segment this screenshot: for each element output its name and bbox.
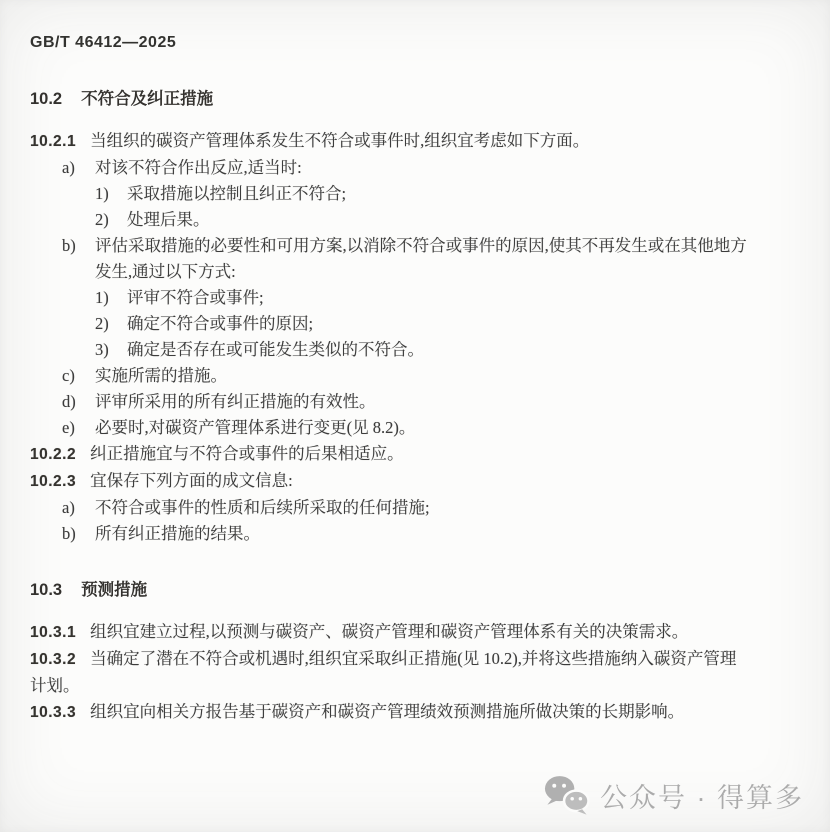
clause-text: 组织宜建立过程,以预测与碳资产、碳资产管理和碳资产管理体系有关的决策需求。	[90, 622, 688, 641]
watermark-text: 公众号 · 得算多	[600, 776, 804, 815]
wechat-icon	[543, 774, 590, 816]
list-item-d: d) 评审所采用的所有纠正措施的有效性。	[30, 389, 800, 415]
clause-number: 10.2.2	[30, 446, 76, 463]
clause-text: 当组织的碳资产管理体系发生不符合或事件时,组织宜考虑如下方面。	[90, 131, 589, 150]
list-item-c: c) 实施所需的措施。	[30, 363, 800, 389]
list-item-e: e) 必要时,对碳资产管理体系进行变更(见 8.2)。	[30, 415, 800, 441]
list-marker: b)	[62, 521, 95, 547]
list-marker: a)	[62, 155, 95, 181]
sublist-item-3: 3) 确定是否存在或可能发生类似的不符合。	[30, 337, 800, 363]
list-item-text: 评审不符合或事件;	[127, 285, 800, 311]
document-content: GB/T 46412—2025 10.2 不符合及纠正措施 10.2.1当组织的…	[30, 30, 800, 726]
list-item-text: 实施所需的措施。	[95, 363, 800, 389]
list-marker: 2)	[95, 207, 127, 233]
section-title: 不符合及纠正措施	[81, 88, 213, 110]
list-item-a: a) 不符合或事件的性质和后续所采取的任何措施;	[30, 495, 800, 521]
list-marker: d)	[62, 389, 95, 415]
clause-number: 10.3.2	[30, 651, 76, 668]
list-item-text: 所有纠正措施的结果。	[95, 521, 800, 547]
sublist-item-1: 1) 采取措施以控制且纠正不符合;	[30, 181, 800, 207]
clause-text: 当确定了潜在不符合或机遇时,组织宜采取纠正措施(见 10.2),并将这些措施纳入…	[30, 649, 736, 695]
list-item-text: 必要时,对碳资产管理体系进行变更(见 8.2)。	[95, 415, 800, 441]
watermark: 公众号 · 得算多	[543, 774, 804, 816]
standard-number: GB/T 46412—2025	[30, 30, 800, 56]
clause-10-3-2: 10.3.2当确定了潜在不符合或机遇时,组织宜采取纠正措施(见 10.2),并将…	[30, 646, 800, 699]
list-item-text: 不符合或事件的性质和后续所采取的任何措施;	[95, 495, 800, 521]
list-marker: e)	[62, 415, 95, 441]
list-item-text: 采取措施以控制且纠正不符合;	[127, 181, 800, 207]
clause-10-2-1: 10.2.1当组织的碳资产管理体系发生不符合或事件时,组织宜考虑如下方面。	[30, 128, 800, 155]
list-item-text: 评审所采用的所有纠正措施的有效性。	[95, 389, 800, 415]
list-marker: c)	[62, 363, 95, 389]
sublist-item-2: 2) 确定不符合或事件的原因;	[30, 311, 800, 337]
list-marker: 2)	[95, 311, 127, 337]
list-marker: 1)	[95, 285, 127, 311]
section-number: 10.2	[30, 88, 62, 110]
list-marker: a)	[62, 495, 95, 521]
list-item-a: a) 对该不符合作出反应,适当时:	[30, 155, 800, 181]
list-item-text: 评估采取措施的必要性和可用方案,以消除不符合或事件的原因,使其不再发生或在其他地…	[95, 233, 800, 285]
section-heading-10-2: 10.2 不符合及纠正措施	[30, 88, 800, 110]
list-item-text: 确定是否存在或可能发生类似的不符合。	[127, 337, 800, 363]
list-marker: b)	[62, 233, 95, 285]
clause-10-2-2: 10.2.2纠正措施宜与不符合或事件的后果相适应。	[30, 441, 800, 468]
list-marker: 3)	[95, 337, 127, 363]
clause-10-3-1: 10.3.1组织宜建立过程,以预测与碳资产、碳资产管理和碳资产管理体系有关的决策…	[30, 619, 800, 646]
section-number: 10.3	[30, 579, 62, 601]
clause-10-2-3: 10.2.3宜保存下列方面的成文信息:	[30, 468, 800, 495]
section-heading-10-3: 10.3 预测措施	[30, 579, 800, 601]
clause-text: 组织宜向相关方报告基于碳资产和碳资产管理绩效预测措施所做决策的长期影响。	[90, 702, 684, 721]
list-marker: 1)	[95, 181, 127, 207]
list-item-b: b) 评估采取措施的必要性和可用方案,以消除不符合或事件的原因,使其不再发生或在…	[30, 233, 800, 285]
clause-number: 10.3.3	[30, 704, 76, 721]
section-title: 预测措施	[81, 579, 147, 601]
list-item-text: 处理后果。	[127, 207, 800, 233]
sublist-item-1: 1) 评审不符合或事件;	[30, 285, 800, 311]
clause-text: 纠正措施宜与不符合或事件的后果相适应。	[90, 444, 404, 463]
sublist-item-2: 2) 处理后果。	[30, 207, 800, 233]
clause-10-3-3: 10.3.3组织宜向相关方报告基于碳资产和碳资产管理绩效预测措施所做决策的长期影…	[30, 699, 800, 726]
clause-number: 10.3.1	[30, 624, 76, 641]
list-item-text: 对该不符合作出反应,适当时:	[95, 155, 800, 181]
document-page: GB/T 46412—2025 10.2 不符合及纠正措施 10.2.1当组织的…	[0, 0, 830, 832]
clause-number: 10.2.1	[30, 133, 76, 150]
clause-text: 宜保存下列方面的成文信息:	[90, 471, 293, 490]
list-item-text: 确定不符合或事件的原因;	[127, 311, 800, 337]
clause-number: 10.2.3	[30, 473, 76, 490]
list-item-b: b) 所有纠正措施的结果。	[30, 521, 800, 547]
